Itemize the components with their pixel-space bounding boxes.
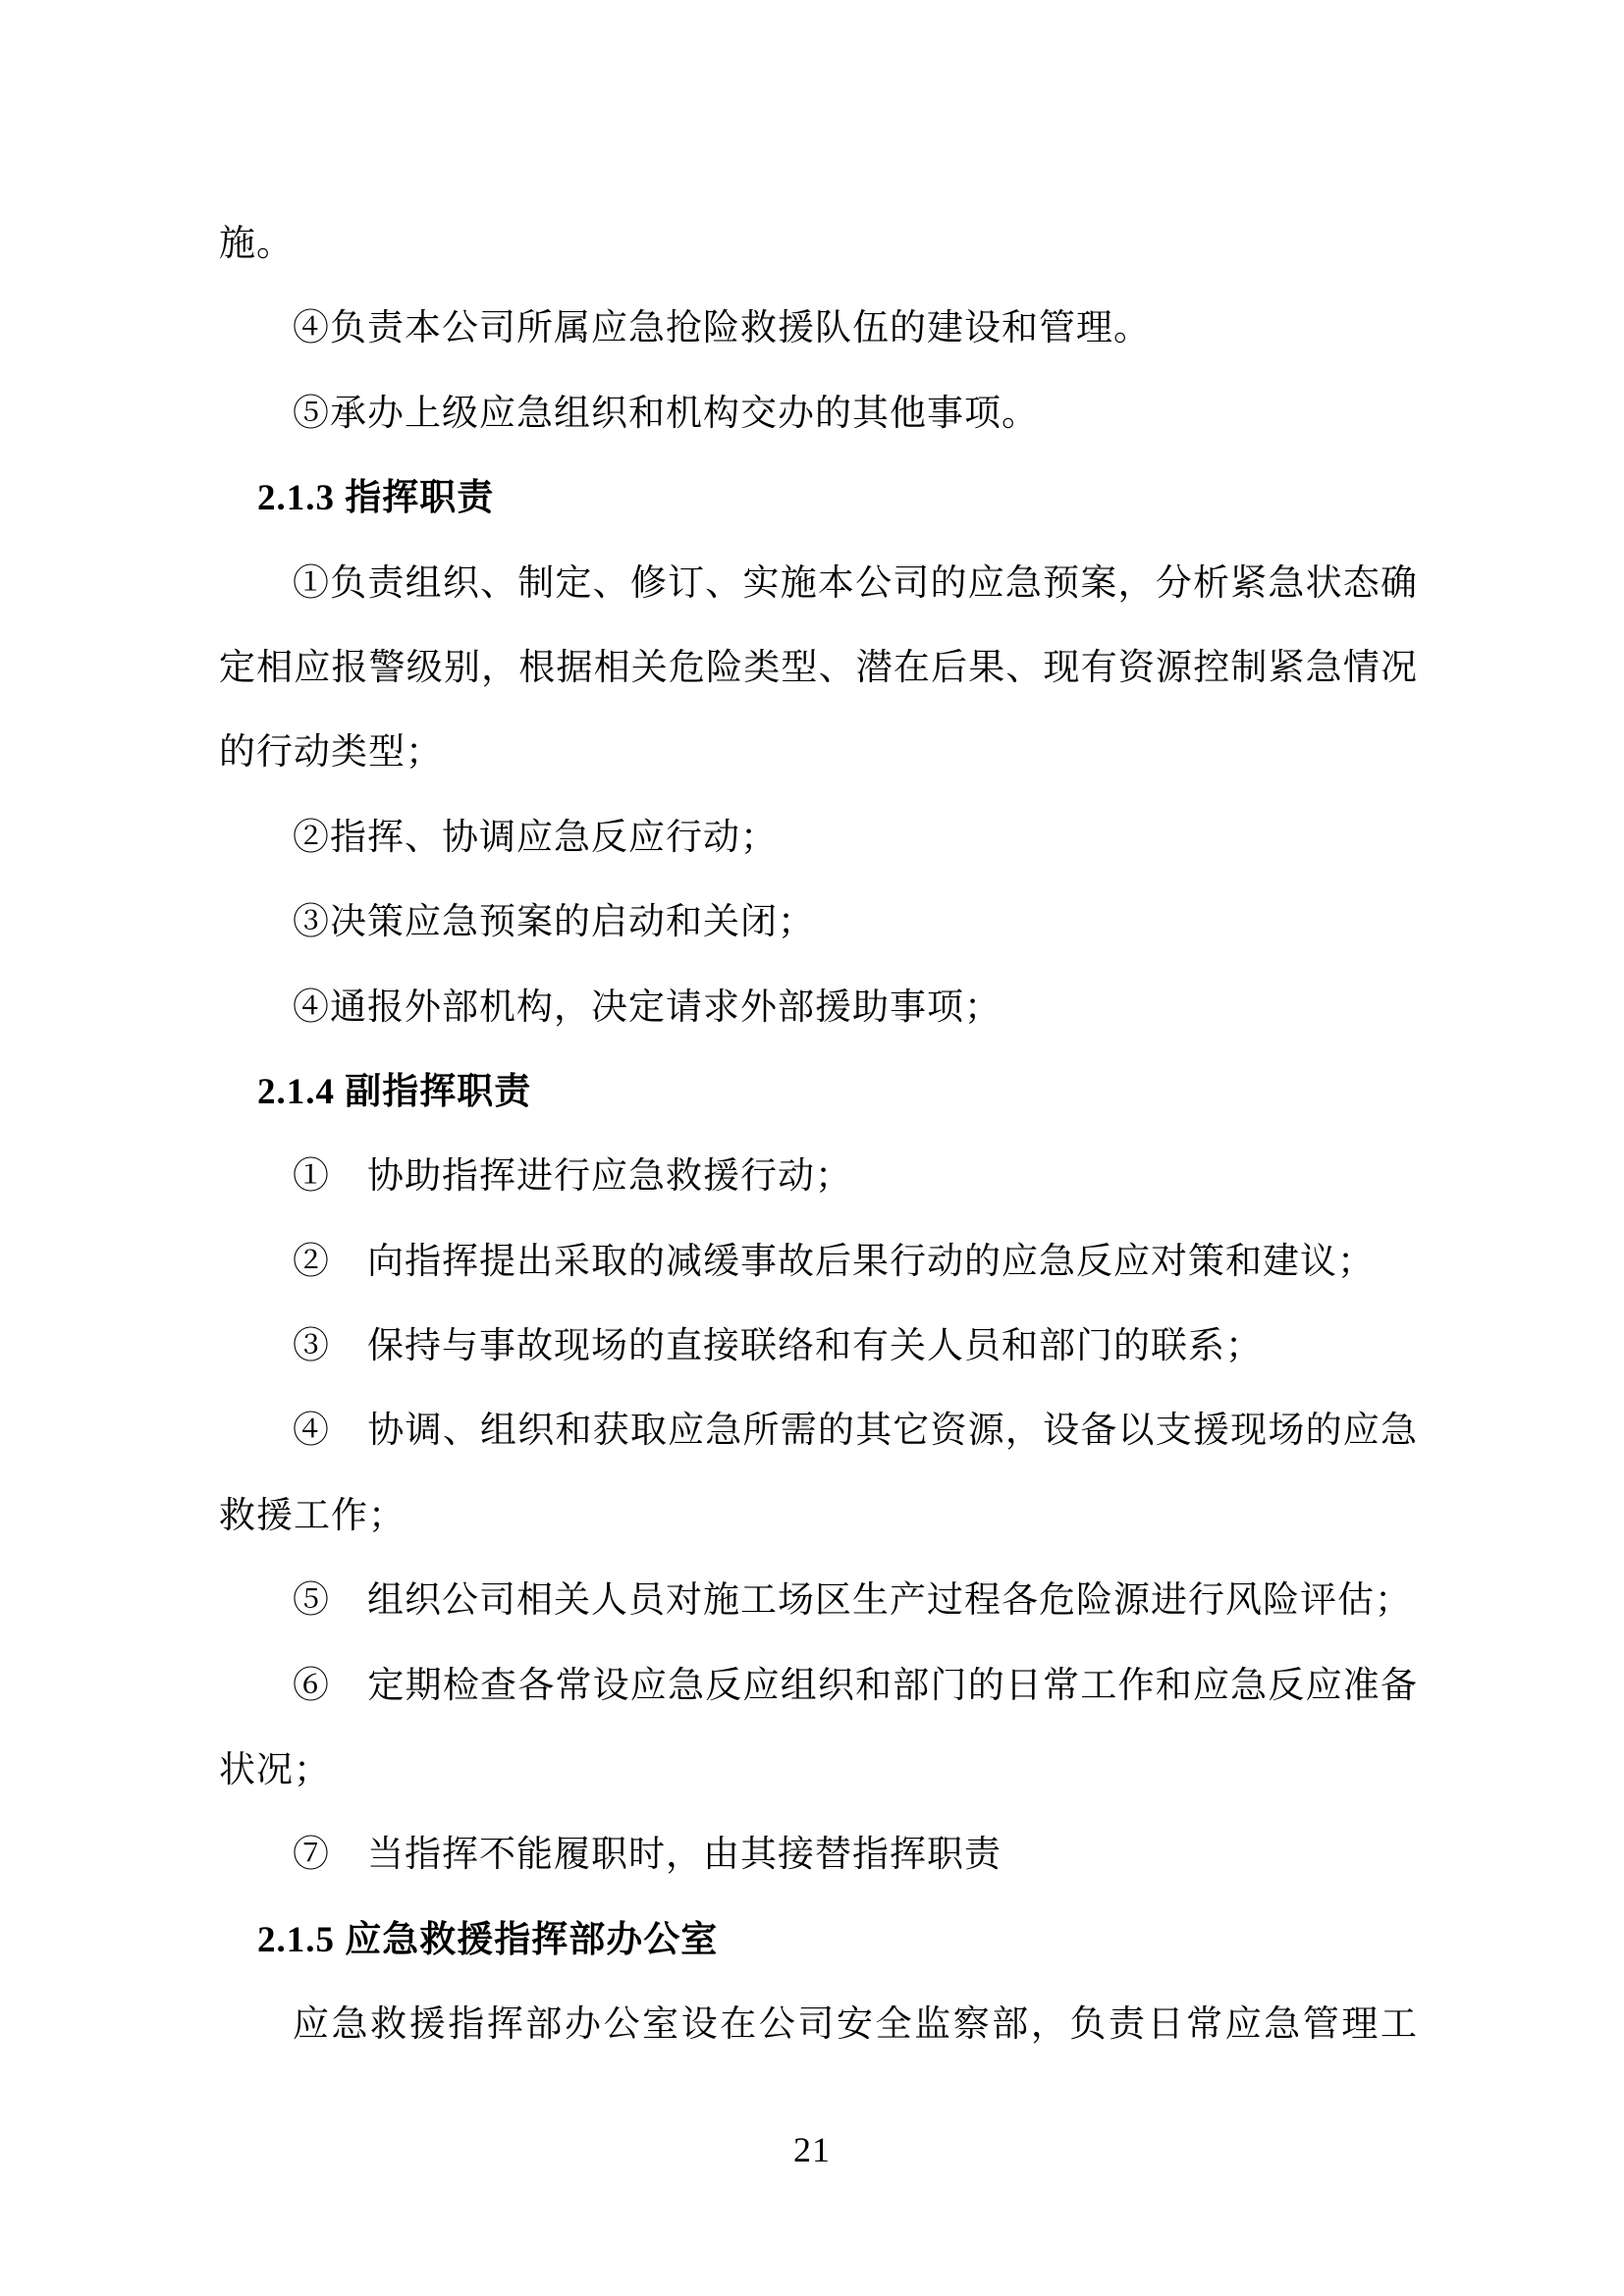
paragraph-line: 定相应报警级别，根据相关危险类型、潜在后果、现有资源控制紧急情况	[219, 626, 1417, 711]
paragraph-line: ②指挥、协调应急反应行动；	[219, 796, 1417, 881]
list-item-line: ④ 协调、组织和获取应急所需的其它资源，设备以支援现场的应急	[219, 1389, 1417, 1473]
list-item-line: ⑦ 当指挥不能履职时，由其接替指挥职责	[219, 1813, 1417, 1897]
paragraph-line: 应急救援指挥部办公室设在公司安全监察部，负责日常应急管理工	[219, 1983, 1417, 2067]
document-page: 施。 ④负责本公司所属应急抢险救援队伍的建设和管理。 ⑤承办上级应急组织和机构交…	[0, 0, 1624, 2296]
list-item-line: ⑤ 组织公司相关人员对施工场区生产过程各危险源进行风险评估；	[219, 1559, 1417, 1643]
page-number: 21	[0, 2130, 1624, 2169]
paragraph-line: ③决策应急预案的启动和关闭；	[219, 881, 1417, 965]
list-item-line: ① 协助指挥进行应急救援行动；	[219, 1135, 1417, 1219]
section-heading-2-1-5: 2.1.5 应急救援指挥部办公室	[219, 1898, 1417, 1983]
paragraph-line: ⑤承办上级应急组织和机构交办的其他事项。	[219, 372, 1417, 456]
paragraph-line: ①负责组织、制定、修订、实施本公司的应急预案，分析紧急状态确	[219, 542, 1417, 626]
paragraph-line: 救援工作；	[219, 1474, 1417, 1559]
paragraph-line: ④负责本公司所属应急抢险救援队伍的建设和管理。	[219, 287, 1417, 371]
paragraph-line: ④通报外部机构，决定请求外部援助事项；	[219, 966, 1417, 1050]
list-item-line: ③ 保持与事故现场的直接联络和有关人员和部门的联系；	[219, 1305, 1417, 1389]
paragraph-line: 施。	[219, 202, 1417, 287]
section-heading-2-1-3: 2.1.3 指挥职责	[219, 456, 1417, 541]
document-text-block: 施。 ④负责本公司所属应急抢险救援队伍的建设和管理。 ⑤承办上级应急组织和机构交…	[219, 202, 1417, 2068]
list-item-line: ⑥ 定期检查各常设应急反应组织和部门的日常工作和应急反应准备	[219, 1644, 1417, 1729]
paragraph-line: 状况；	[219, 1729, 1417, 1813]
section-heading-2-1-4: 2.1.4 副指挥职责	[219, 1050, 1417, 1135]
paragraph-line: 的行动类型；	[219, 711, 1417, 795]
list-item-line: ② 向指挥提出采取的减缓事故后果行动的应急反应对策和建议；	[219, 1220, 1417, 1305]
